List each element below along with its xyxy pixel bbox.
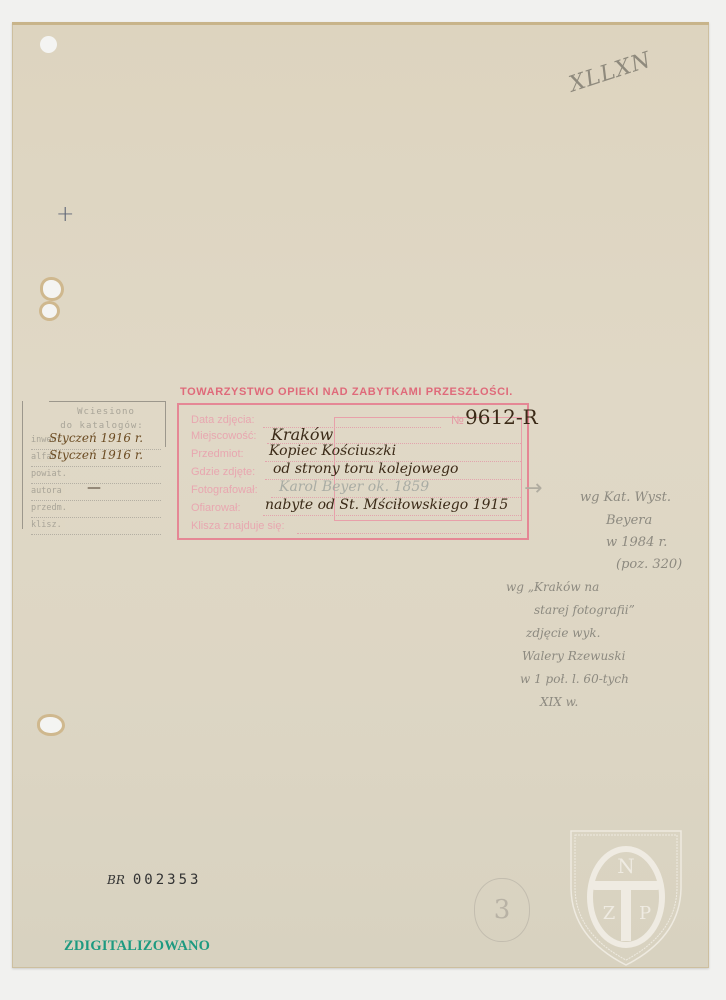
society-stamp-title: TOWARZYSTWO OPIEKI NAD ZABYTKAMI PRZESZŁ… bbox=[180, 386, 550, 398]
stamp-row-label: Gdzie zdjęte: bbox=[191, 466, 255, 478]
pencil-note-line-7: zdjęcie wyk. bbox=[526, 626, 600, 640]
stamp-row-label: Data zdjęcia: bbox=[191, 414, 255, 426]
pencil-cross-mark: + bbox=[56, 202, 74, 227]
paper-top-edge bbox=[12, 22, 709, 25]
stamp-number-value: 9612-R bbox=[465, 405, 538, 429]
stamp-row-negative: Klisza znajduje się: bbox=[191, 519, 521, 535]
catalog-stamp-title-2: do katalogów: bbox=[29, 421, 175, 431]
stamp-row-label: Przedmiot: bbox=[191, 448, 244, 460]
society-stamp: № 9612-R Data zdjęcia: Miejscowość: Krak… bbox=[177, 403, 529, 540]
catalog-row-label: przedm. bbox=[31, 503, 70, 513]
punch-hole-top bbox=[40, 36, 57, 53]
torn-hole-middle bbox=[43, 280, 61, 298]
torn-hole-bottom bbox=[40, 717, 62, 733]
catalog-row-label: powiat. bbox=[31, 469, 70, 479]
torn-hole-middle-lower bbox=[42, 304, 57, 318]
stamp-row-donor: Ofiarował: nabyte od St. Mściłowskiego 1… bbox=[191, 501, 521, 517]
pencil-arrow-icon: → bbox=[524, 476, 542, 501]
catalog-row-value-inwent: Styczeń 1916 r. bbox=[49, 431, 143, 445]
stamp-row-label: Klisza znajduje się: bbox=[191, 520, 285, 532]
pencil-note-line-4: (poz. 320) bbox=[616, 557, 682, 572]
svg-text:P: P bbox=[639, 903, 651, 924]
stamp-row-line bbox=[263, 515, 521, 516]
stamp-number-label: № bbox=[451, 413, 464, 427]
pencil-note-line-8: Walery Rzewuski bbox=[522, 649, 625, 663]
pencil-note-line-9: w 1 poł. l. 60-tych bbox=[520, 672, 629, 686]
pencil-note-line-2: Beyera bbox=[606, 513, 652, 528]
stamp-row-label: Ofiarował: bbox=[191, 502, 241, 514]
stamp-row-value-place: Kraków bbox=[271, 425, 333, 444]
inventory-prefix: BR bbox=[107, 873, 125, 887]
svg-text:Z: Z bbox=[603, 903, 616, 924]
stamp-row-value-subject: Kopiec Kościuszki bbox=[269, 443, 396, 459]
pencil-note-line-1: wg Kat. Wyst. bbox=[580, 490, 671, 505]
catalog-stamp: Wciesiono do katalogów: inwent. Styczeń … bbox=[22, 401, 169, 529]
watermark-logo-icon: N Z P bbox=[567, 827, 685, 969]
catalog-row-przedm: przedm. bbox=[31, 503, 161, 518]
stamp-row-value-donor: nabyte od St. Mściłowskiego 1915 bbox=[265, 497, 508, 513]
stamp-row-label: Miejscowość: bbox=[191, 430, 256, 442]
stamp-row-value-location: od strony toru kolejowego bbox=[273, 461, 458, 477]
pencil-note-line-5: wg „Kraków na bbox=[506, 580, 599, 594]
stamp-row-value-photographer: Karol Beyer ok. 1859 bbox=[279, 479, 429, 495]
document-sheet: XLLXN + Wciesiono do katalogów: inwent. … bbox=[12, 22, 709, 968]
circled-pencil-number: 3 bbox=[474, 878, 530, 942]
pencil-note-line-3: w 1984 r. bbox=[606, 535, 667, 550]
catalog-row-label: autora bbox=[31, 486, 65, 496]
stamp-row-line bbox=[297, 533, 521, 534]
catalog-row-label: klisz. bbox=[31, 520, 65, 530]
catalog-row-value-alfab: Styczeń 1916 r. bbox=[49, 448, 143, 462]
corner-pencil-note: XLLXN bbox=[566, 48, 654, 98]
inventory-number: BR002353 bbox=[107, 872, 201, 888]
svg-text:N: N bbox=[617, 854, 635, 878]
catalog-stamp-title-1: Wciesiono bbox=[33, 407, 179, 417]
pencil-note-line-6: starej fotografii” bbox=[534, 603, 635, 617]
stamp-row-label: Fotografował: bbox=[191, 484, 258, 496]
digitized-stamp: ZDIGITALIZOWANO bbox=[64, 938, 210, 955]
catalog-row-value-autora: — bbox=[87, 480, 101, 496]
inventory-digits: 002353 bbox=[133, 872, 202, 888]
pencil-note-line-10: XIX w. bbox=[540, 695, 578, 709]
catalog-row-klisz: klisz. bbox=[31, 520, 161, 535]
